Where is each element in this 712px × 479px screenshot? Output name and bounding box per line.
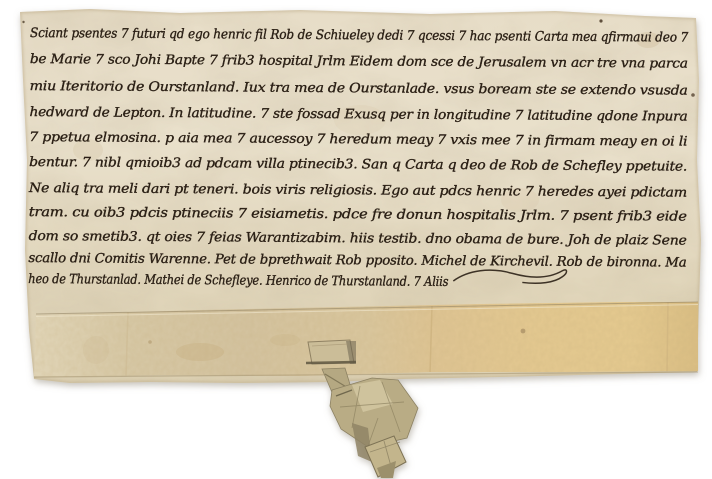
- script-line-11: heo de Thurstanlad. Mathei de Schefleye.…: [28, 272, 449, 290]
- plica-stain: [270, 334, 300, 346]
- charter: Sciant psentes 7 futuri qd ego henric fi…: [0, 0, 712, 478]
- plica-stain: [176, 343, 224, 361]
- plica-stain: [83, 336, 109, 364]
- ink-speck: [691, 93, 695, 97]
- ink-speck: [22, 21, 24, 23]
- slit-cut: [306, 362, 356, 363]
- charter-photograph: Sciant psentes 7 futuri qd ego henric fi…: [0, 0, 712, 479]
- ink-speck: [599, 19, 602, 22]
- plica-speck: [148, 340, 152, 344]
- charter-canvas: Sciant psentes 7 futuri qd ego henric fi…: [0, 0, 712, 479]
- plica-seam: [667, 302, 668, 372]
- seal-slit: [306, 340, 356, 364]
- seal-tag-remnant: [322, 368, 418, 478]
- plica-speck: [521, 329, 526, 334]
